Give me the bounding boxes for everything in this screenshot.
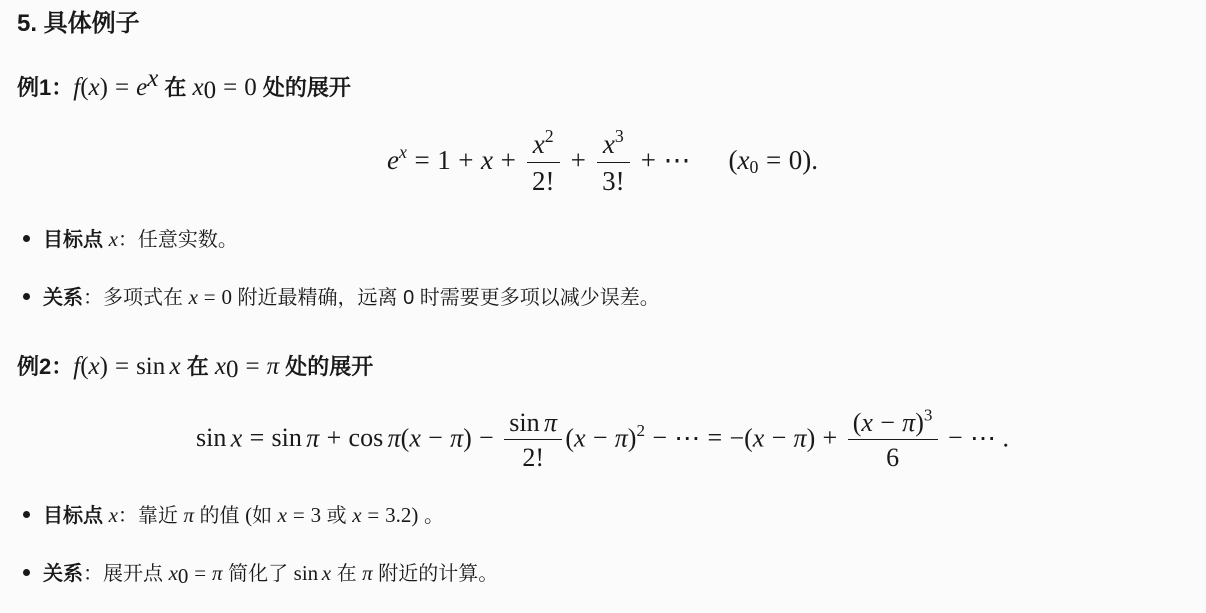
bold-text: 关系 <box>43 287 83 309</box>
math-number: ) <box>463 423 472 452</box>
math-variable: π <box>544 408 557 437</box>
section-heading: 5. 具体例子 <box>17 10 1188 39</box>
math-variable: x <box>109 503 118 527</box>
math-variable: x <box>738 145 750 175</box>
page: { "page": {"bg": "#fbfbfb", "fg": "#1919… <box>0 0 1206 613</box>
example2-notes-list: 目标点 x：靠近 π 的值 (如 x=3 或 x=3.2) 。 关系：展开点 x… <box>17 501 1188 613</box>
math-fraction: x33! <box>597 129 630 197</box>
bullet-dot-icon <box>23 569 30 576</box>
math-variable: x <box>278 503 287 527</box>
math-function: sin <box>196 423 226 452</box>
math-number: ( <box>565 423 574 452</box>
math-number: 2 <box>636 421 645 440</box>
math-variable: x <box>861 408 873 437</box>
math-operator: = <box>204 285 216 309</box>
math-operator: = <box>223 74 237 101</box>
math-number: ) <box>807 423 816 452</box>
math-number: 0 <box>226 356 239 383</box>
math-variable: x <box>603 129 615 159</box>
bullet-dot-icon <box>23 293 30 300</box>
math-number: −( <box>729 423 752 452</box>
math-variable: x <box>193 74 204 101</box>
math-number: ( <box>80 74 88 101</box>
text-run: ：任意实数。 <box>118 229 238 251</box>
math-number: 6 <box>886 443 899 472</box>
math-number: ) <box>100 353 108 380</box>
math-variable: e <box>387 145 399 175</box>
math-number: 0 <box>244 74 257 101</box>
math-operator: − <box>772 423 787 452</box>
math-operator: − <box>948 423 963 452</box>
math-operator: + <box>571 145 586 175</box>
math-variable: x <box>574 423 586 452</box>
math-number: ⋯ <box>664 145 691 175</box>
math-number: 2 <box>545 126 554 146</box>
math-fraction: x22! <box>527 129 560 197</box>
math-number: ⋯ <box>970 423 996 452</box>
math-number: 1 <box>437 145 451 175</box>
example2-formula: sinx=sinπ+cosπ(x−π)−sinπ2!(x−π)2−⋯=−(x−π… <box>17 408 1188 473</box>
math-variable: x <box>481 145 493 175</box>
text-run: ：多项式在 <box>83 287 189 309</box>
math-variable: x <box>170 353 181 380</box>
math-number: 2! <box>522 443 544 472</box>
math-variable: π <box>183 503 194 527</box>
text-run: 附近的计算。 <box>373 563 499 585</box>
math-operator: = <box>245 353 259 380</box>
math-variable: x <box>89 353 100 380</box>
math-number: 3 <box>924 405 933 424</box>
text-run: 在 <box>331 563 362 585</box>
math-number: 0 <box>750 157 759 177</box>
math-operator: = <box>115 74 129 101</box>
math-number: 3! <box>602 166 625 196</box>
text-run: ：靠近 <box>118 505 184 527</box>
math-variable: π <box>902 408 915 437</box>
math-number: 2! <box>532 166 555 196</box>
math-operator: + <box>641 145 656 175</box>
math-function: sin <box>272 423 302 452</box>
list-item-text: 关系：展开点 x0=π 简化了 sinx 在 π 附近的计算。 <box>43 559 498 588</box>
text-run: 的值 <box>194 505 245 527</box>
math-variable: π <box>306 423 319 452</box>
math-variable: x <box>322 561 331 585</box>
math-number: ) <box>915 408 924 437</box>
list-item: 目标点 x：靠近 π 的值 (如 x=3 或 x=3.2) 。 <box>17 501 1188 530</box>
bold-text: 处的展开 <box>279 354 373 379</box>
text-run: 如 <box>252 505 278 527</box>
bold-text: 关系 <box>43 563 83 585</box>
math-function: sin <box>136 353 165 380</box>
bold-text: 目标点 <box>43 505 109 527</box>
subscript: 0 <box>204 86 217 102</box>
subscript: 0 <box>226 365 239 381</box>
math-operator: + <box>327 423 342 452</box>
math-operator: − <box>428 423 443 452</box>
math-variable: x <box>231 423 243 452</box>
text-run: 。 <box>418 505 444 527</box>
bold-text: 在 <box>181 354 215 379</box>
math-variable: x <box>753 423 765 452</box>
math-number: 0 <box>789 145 803 175</box>
text-run: 附近最精确，远离 0 时需要更多项以减少误差。 <box>232 287 660 309</box>
bold-text: 在 <box>158 75 192 100</box>
subscript: 0 <box>178 571 189 586</box>
math-fraction: sinπ2! <box>504 408 562 473</box>
math-operator: − <box>593 423 608 452</box>
list-item-text: 关系：多项式在 x=0 附近最精确，远离 0 时需要更多项以减少误差。 <box>43 283 660 312</box>
math-variable: x <box>89 74 100 101</box>
bullet-dot-icon <box>23 235 30 242</box>
math-operator: + <box>501 145 516 175</box>
list-item-text: 目标点 x：靠近 π 的值 (如 x=3 或 x=3.2) 。 <box>43 501 444 530</box>
example1-title: 例1：f(x)=ex 在 x0=0 处的展开 <box>17 70 1188 105</box>
math-variable: e <box>136 74 147 101</box>
math-number: . <box>996 423 1009 452</box>
math-variable: x <box>189 285 198 309</box>
math-variable: x <box>169 561 178 585</box>
math-number: ⋯ <box>674 423 700 452</box>
math-variable: x <box>409 423 421 452</box>
math-function: sin <box>294 561 319 585</box>
list-item: 关系：展开点 x0=π 简化了 sinx 在 π 附近的计算。 <box>17 559 1188 588</box>
math-variable: x <box>533 129 545 159</box>
math-operator: − <box>479 423 494 452</box>
math-variable: π <box>212 561 223 585</box>
math-number: ( <box>729 145 738 175</box>
bold-text: 例1： <box>17 75 73 100</box>
text-run: ：展开点 <box>83 563 169 585</box>
subscript: 0 <box>750 157 759 177</box>
math-operator: = <box>708 423 723 452</box>
example2-title: 例2：f(x)=sinx 在 x0=π 处的展开 <box>17 349 1188 384</box>
math-operator: = <box>367 503 379 527</box>
superscript: 2 <box>636 421 645 440</box>
math-function: sin <box>509 408 539 437</box>
math-number: ) <box>100 74 108 101</box>
document: 5. 具体例子 例1：f(x)=ex 在 x0=0 处的展开 ex=1+x+x2… <box>0 0 1206 613</box>
bold-text: 处的展开 <box>257 75 351 100</box>
math-operator: = <box>414 145 429 175</box>
superscript: 3 <box>924 405 933 424</box>
math-variable: x <box>352 503 361 527</box>
text-run: 简化了 <box>223 563 294 585</box>
math-operator: + <box>823 423 838 452</box>
math-operator: = <box>766 145 781 175</box>
math-variable: π <box>388 423 401 452</box>
math-variable: π <box>794 423 807 452</box>
math-operator: + <box>458 145 473 175</box>
math-variable: x <box>215 353 226 380</box>
math-function: cos <box>349 423 384 452</box>
math-operator: = <box>115 353 129 380</box>
bullet-dot-icon <box>23 511 30 518</box>
math-number: 0 <box>221 285 232 309</box>
math-fraction: (x−π)36 <box>848 408 938 473</box>
math-number: 3.2 <box>385 503 411 527</box>
math-variable: π <box>362 561 373 585</box>
math-variable: π <box>450 423 463 452</box>
math-variable: π <box>615 423 628 452</box>
list-item: 关系：多项式在 x=0 附近最精确，远离 0 时需要更多项以减少误差。 <box>17 283 1188 312</box>
math-number: 3 <box>615 126 624 146</box>
superscript: x <box>147 74 158 90</box>
math-operator: = <box>250 423 265 452</box>
math-number: ). <box>802 145 818 175</box>
math-number: 0 <box>178 564 189 588</box>
example1-formula: ex=1+x+x22!+x33!+⋯(x0=0). <box>17 129 1188 197</box>
math-variable: x <box>109 227 118 251</box>
bold-text: 例2： <box>17 354 73 379</box>
math-variable: π <box>267 353 280 380</box>
math-operator: = <box>194 561 206 585</box>
math-number: ( <box>401 423 410 452</box>
math-operator: − <box>652 423 667 452</box>
math-variable: x <box>399 142 407 162</box>
math-variable: x <box>147 65 158 92</box>
superscript: 3 <box>615 126 624 146</box>
math-operator: − <box>880 408 895 437</box>
math-number: 3 <box>311 503 322 527</box>
math-number: ( <box>80 353 88 380</box>
math-operator: = <box>293 503 305 527</box>
list-item: 目标点 x：任意实数。 <box>17 225 1188 254</box>
text-run: 或 <box>321 505 352 527</box>
math-number: 0 <box>204 77 217 104</box>
superscript: x <box>399 142 407 162</box>
list-item-text: 目标点 x：任意实数。 <box>43 225 238 254</box>
bold-text: 目标点 <box>43 229 109 251</box>
superscript: 2 <box>545 126 554 146</box>
example1-notes-list: 目标点 x：任意实数。 关系：多项式在 x=0 附近最精确，远离 0 时需要更多… <box>17 225 1188 342</box>
